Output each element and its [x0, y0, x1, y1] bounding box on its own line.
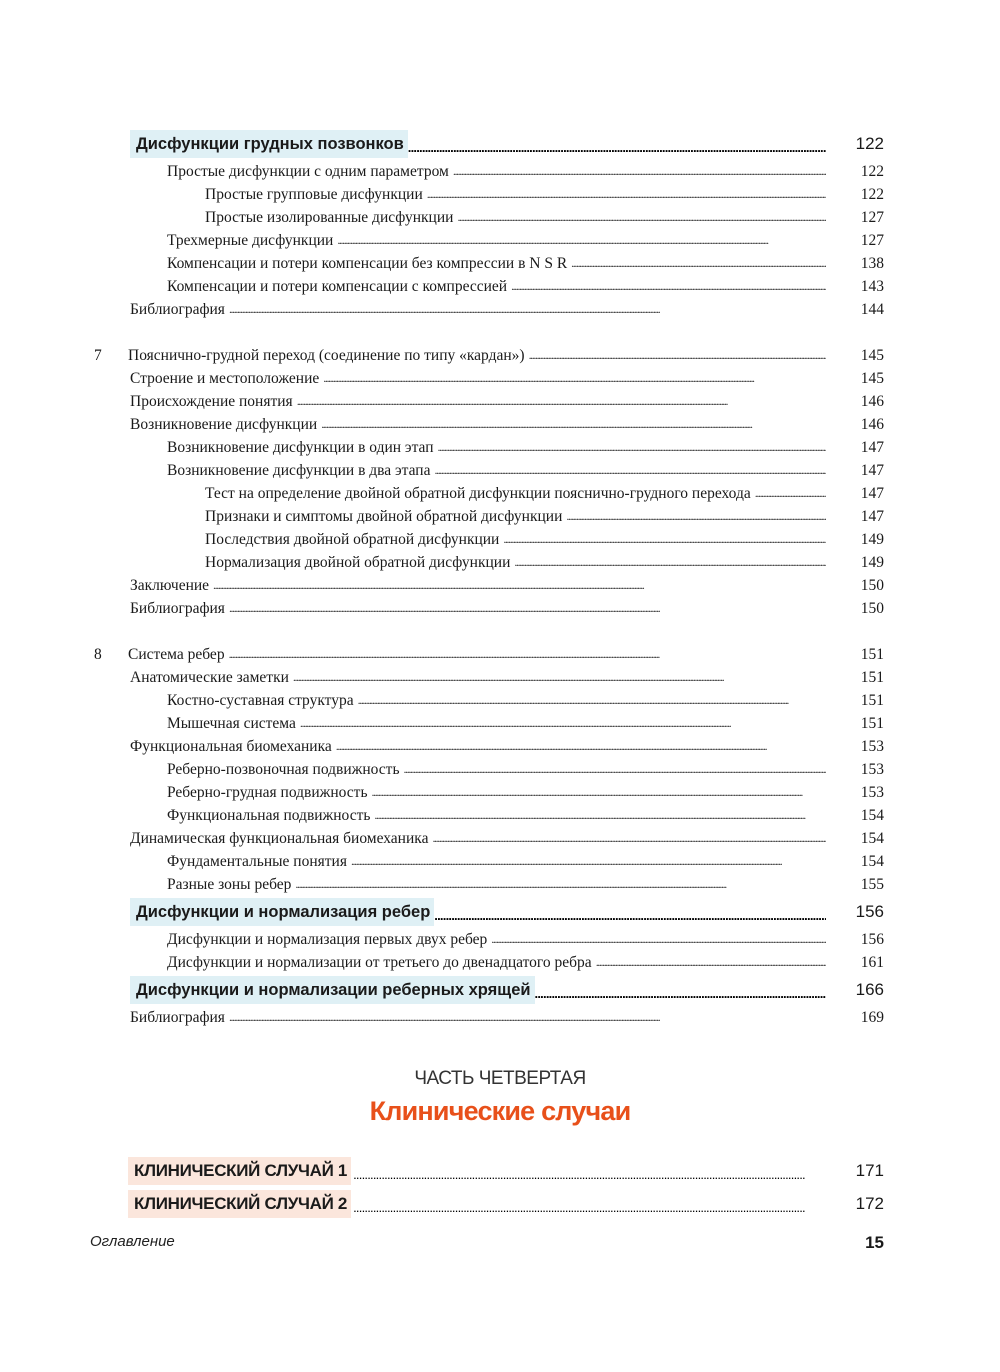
toc-page-number: 143 — [826, 275, 884, 298]
toc-entry[interactable]: Реберно-позвоночная подвижность153 — [90, 758, 884, 781]
toc-entry[interactable]: Дисфункции и нормализация первых двух ре… — [90, 928, 884, 951]
toc-entry-title: Костно-суставная структура — [167, 689, 358, 712]
toc-entry-title: Дисфункции и нормализация ребер — [130, 898, 434, 926]
toc-entry[interactable]: Динамическая функциональная биомеханика1… — [90, 827, 884, 850]
toc-entry-title: Трехмерные дисфункции — [167, 229, 337, 252]
toc-entry-title: Дисфункции и нормализации реберных хряще… — [130, 976, 535, 1004]
toc-section-heading[interactable]: Дисфункции и нормализации реберных хряще… — [90, 976, 884, 1004]
toc-entry-title: Дисфункции и нормализация первых двух ре… — [167, 928, 491, 951]
toc-entry-title: Реберно-грудная подвижность — [167, 781, 372, 804]
dot-leader — [372, 781, 826, 804]
dot-leader — [491, 928, 826, 951]
toc-entry-title: Последствия двойной обратной дисфункции — [205, 528, 503, 551]
toc-section-heading[interactable]: Дисфункции и нормализация ребер156 — [90, 898, 884, 926]
toc-entry-title: Библиография — [130, 298, 229, 321]
dot-leader — [337, 229, 826, 252]
dot-leader — [427, 183, 826, 206]
clinical-case-page: 171 — [826, 1157, 884, 1185]
toc-page-number: 144 — [826, 298, 884, 321]
toc-entry[interactable]: Нормализация двойной обратной дисфункции… — [90, 551, 884, 574]
dot-leader — [755, 482, 826, 505]
dot-leader — [453, 160, 826, 183]
toc-page-number: 122 — [826, 160, 884, 183]
dot-leader — [351, 1157, 826, 1185]
table-of-contents: Дисфункции грудных позвонков122Простые д… — [90, 128, 884, 1029]
clinical-case-entry[interactable]: КЛИНИЧЕСКИЙ СЛУЧАЙ 2172 — [90, 1188, 884, 1218]
toc-entry-title: Возникновение дисфункции в два этапа — [167, 459, 435, 482]
toc-entry-title: Дисфункции и нормализации от третьего до… — [167, 951, 596, 974]
dot-leader — [529, 344, 826, 367]
toc-page-number: 151 — [826, 643, 884, 666]
dot-leader — [351, 850, 826, 873]
toc-page-number: 147 — [826, 436, 884, 459]
toc-page-number: 154 — [826, 827, 884, 850]
toc-page-number: 138 — [826, 252, 884, 275]
chapter-number: 8 — [94, 643, 124, 666]
clinical-case-page: 172 — [826, 1190, 884, 1218]
dot-leader — [229, 597, 826, 620]
dot-leader — [438, 436, 826, 459]
toc-entry[interactable]: Возникновение дисфункции в один этап147 — [90, 436, 884, 459]
footer-page-number: 15 — [865, 1233, 884, 1253]
toc-entry[interactable]: Компенсации и потери компенсации с компр… — [90, 275, 884, 298]
toc-entry-title: Анатомические заметки — [130, 666, 293, 689]
dot-leader — [535, 976, 826, 1004]
toc-entry[interactable]: Заключение150 — [90, 574, 884, 597]
dot-leader — [566, 505, 826, 528]
toc-entry-title: Происхождение понятия — [130, 390, 297, 413]
dot-leader — [358, 689, 826, 712]
toc-chapter[interactable]: 7Пояснично-грудной переход (соединение п… — [90, 344, 884, 367]
toc-entry-title: Динамическая функциональная биомеханика — [130, 827, 432, 850]
toc-entry[interactable]: Функциональная подвижность154 — [90, 804, 884, 827]
dot-leader — [457, 206, 826, 229]
toc-page-number: 147 — [826, 482, 884, 505]
toc-page-number: 153 — [826, 735, 884, 758]
toc-page-number: 169 — [826, 1006, 884, 1029]
toc-entry[interactable]: Трехмерные дисфункции127 — [90, 229, 884, 252]
dot-leader — [229, 298, 826, 321]
toc-entry[interactable]: Дисфункции и нормализации от третьего до… — [90, 951, 884, 974]
toc-entry-title: Мышечная система — [167, 712, 300, 735]
dot-leader — [229, 1006, 826, 1029]
toc-entry-title: Компенсации и потери компенсации без ком… — [167, 252, 571, 275]
toc-entry[interactable]: Разные зоны ребер155 — [90, 873, 884, 896]
toc-entry-title: Система ребер — [128, 643, 229, 666]
toc-page-number: 151 — [826, 666, 884, 689]
toc-page-number: 151 — [826, 712, 884, 735]
toc-page-number: 122 — [826, 130, 884, 158]
toc-entry[interactable]: Простые изолированные дисфункции127 — [90, 206, 884, 229]
toc-entry[interactable]: Простые дисфункции с одним параметром122 — [90, 160, 884, 183]
dot-leader — [293, 666, 826, 689]
toc-page-number: 154 — [826, 850, 884, 873]
page-footer: Оглавление 15 — [90, 1233, 884, 1253]
part-title: Клинические случаи — [0, 1096, 1000, 1127]
toc-page-number: 149 — [826, 551, 884, 574]
toc-entry-title: Строение и местоположение — [130, 367, 323, 390]
toc-entry-title: Дисфункции грудных позвонков — [130, 130, 408, 158]
dot-leader — [408, 130, 826, 158]
dot-leader — [596, 951, 826, 974]
toc-entry-title: Признаки и симптомы двойной обратной дис… — [205, 505, 566, 528]
toc-entry-title: Простые изолированные дисфункции — [205, 206, 457, 229]
toc-page-number: 153 — [826, 781, 884, 804]
toc-page-number: 127 — [826, 229, 884, 252]
toc-entry-title: Функциональная подвижность — [167, 804, 374, 827]
toc-page-number: 146 — [826, 390, 884, 413]
clinical-cases-list: КЛИНИЧЕСКИЙ СЛУЧАЙ 1171КЛИНИЧЕСКИЙ СЛУЧА… — [90, 1155, 884, 1221]
toc-entry-title: Пояснично-грудной переход (соединение по… — [128, 344, 529, 367]
toc-chapter[interactable]: 8Система ребер151 — [90, 643, 884, 666]
toc-entry[interactable]: Строение и местоположение145 — [90, 367, 884, 390]
toc-entry[interactable]: Простые групповые дисфункции122 — [90, 183, 884, 206]
toc-entry-title: Реберно-позвоночная подвижность — [167, 758, 404, 781]
toc-entry-title: Заключение — [130, 574, 213, 597]
toc-entry[interactable]: Тест на определение двойной обратной дис… — [90, 482, 884, 505]
toc-entry-title: Фундаментальные понятия — [167, 850, 351, 873]
dot-leader — [213, 574, 826, 597]
toc-entry[interactable]: Возникновение дисфункции в два этапа147 — [90, 459, 884, 482]
toc-entry[interactable]: Последствия двойной обратной дисфункции1… — [90, 528, 884, 551]
dot-leader — [374, 804, 826, 827]
dot-leader — [432, 827, 826, 850]
toc-entry-title: Компенсации и потери компенсации с компр… — [167, 275, 511, 298]
toc-page-number: 151 — [826, 689, 884, 712]
toc-page-number: 147 — [826, 505, 884, 528]
toc-page-number: 145 — [826, 344, 884, 367]
toc-entry-title: Возникновение дисфункции в один этап — [167, 436, 438, 459]
toc-page-number: 150 — [826, 597, 884, 620]
toc-page-number: 146 — [826, 413, 884, 436]
toc-entry[interactable]: Признаки и симптомы двойной обратной дис… — [90, 505, 884, 528]
toc-entry[interactable]: Анатомические заметки151 — [90, 666, 884, 689]
toc-page-number: 145 — [826, 367, 884, 390]
toc-entry[interactable]: Реберно-грудная подвижность153 — [90, 781, 884, 804]
toc-entry-title: Простые групповые дисфункции — [205, 183, 427, 206]
toc-section-heading[interactable]: Дисфункции грудных позвонков122 — [90, 130, 884, 158]
toc-entry[interactable]: Костно-суставная структура151 — [90, 689, 884, 712]
dot-leader — [229, 643, 826, 666]
section-gap — [90, 321, 884, 344]
dot-leader — [434, 898, 826, 926]
toc-entry-title: Тест на определение двойной обратной дис… — [205, 482, 755, 505]
toc-page-number: 155 — [826, 873, 884, 896]
toc-entry[interactable]: Фундаментальные понятия154 — [90, 850, 884, 873]
toc-entry[interactable]: Библиография169 — [90, 1006, 884, 1029]
toc-entry[interactable]: Библиография144 — [90, 298, 884, 321]
toc-page-number: 149 — [826, 528, 884, 551]
chapter-number: 7 — [94, 344, 124, 367]
toc-page-number: 122 — [826, 183, 884, 206]
part-label: ЧАСТЬ ЧЕТВЕРТАЯ — [0, 1068, 1000, 1090]
toc-page-number: 147 — [826, 459, 884, 482]
dot-leader — [571, 252, 826, 275]
dot-leader — [351, 1190, 826, 1218]
clinical-case-entry[interactable]: КЛИНИЧЕСКИЙ СЛУЧАЙ 1171 — [90, 1155, 884, 1185]
footer-section-title: Оглавление — [90, 1233, 175, 1253]
toc-entry[interactable]: Библиография150 — [90, 597, 884, 620]
clinical-case-title: КЛИНИЧЕСКИЙ СЛУЧАЙ 2 — [128, 1190, 351, 1218]
dot-leader — [435, 459, 827, 482]
dot-leader — [297, 390, 826, 413]
toc-page-number: 161 — [826, 951, 884, 974]
toc-entry-title: Нормализация двойной обратной дисфункции — [205, 551, 514, 574]
section-gap — [90, 620, 884, 643]
dot-leader — [295, 873, 826, 896]
clinical-case-title: КЛИНИЧЕСКИЙ СЛУЧАЙ 1 — [128, 1157, 351, 1185]
toc-entry[interactable]: Мышечная система151 — [90, 712, 884, 735]
toc-entry-title: Простые дисфункции с одним параметром — [167, 160, 453, 183]
dot-leader — [511, 275, 826, 298]
toc-entry[interactable]: Происхождение понятия146 — [90, 390, 884, 413]
toc-page-number: 156 — [826, 928, 884, 951]
dot-leader — [514, 551, 826, 574]
dot-leader — [503, 528, 826, 551]
dot-leader — [336, 735, 826, 758]
toc-page-number: 156 — [826, 898, 884, 926]
toc-page-number: 166 — [826, 976, 884, 1004]
toc-entry[interactable]: Функциональная биомеханика153 — [90, 735, 884, 758]
toc-entry-title: Библиография — [130, 1006, 229, 1029]
toc-entry-title: Разные зоны ребер — [167, 873, 295, 896]
toc-page-number: 127 — [826, 206, 884, 229]
dot-leader — [404, 758, 826, 781]
toc-entry[interactable]: Компенсации и потери компенсации без ком… — [90, 252, 884, 275]
toc-entry[interactable]: Возникновение дисфункции146 — [90, 413, 884, 436]
toc-page-number: 153 — [826, 758, 884, 781]
toc-entry-title: Библиография — [130, 597, 229, 620]
dot-leader — [321, 413, 826, 436]
toc-page-number: 150 — [826, 574, 884, 597]
toc-page-number: 154 — [826, 804, 884, 827]
dot-leader — [300, 712, 826, 735]
toc-entry-title: Функциональная биомеханика — [130, 735, 336, 758]
dot-leader — [323, 367, 826, 390]
toc-entry-title: Возникновение дисфункции — [130, 413, 321, 436]
